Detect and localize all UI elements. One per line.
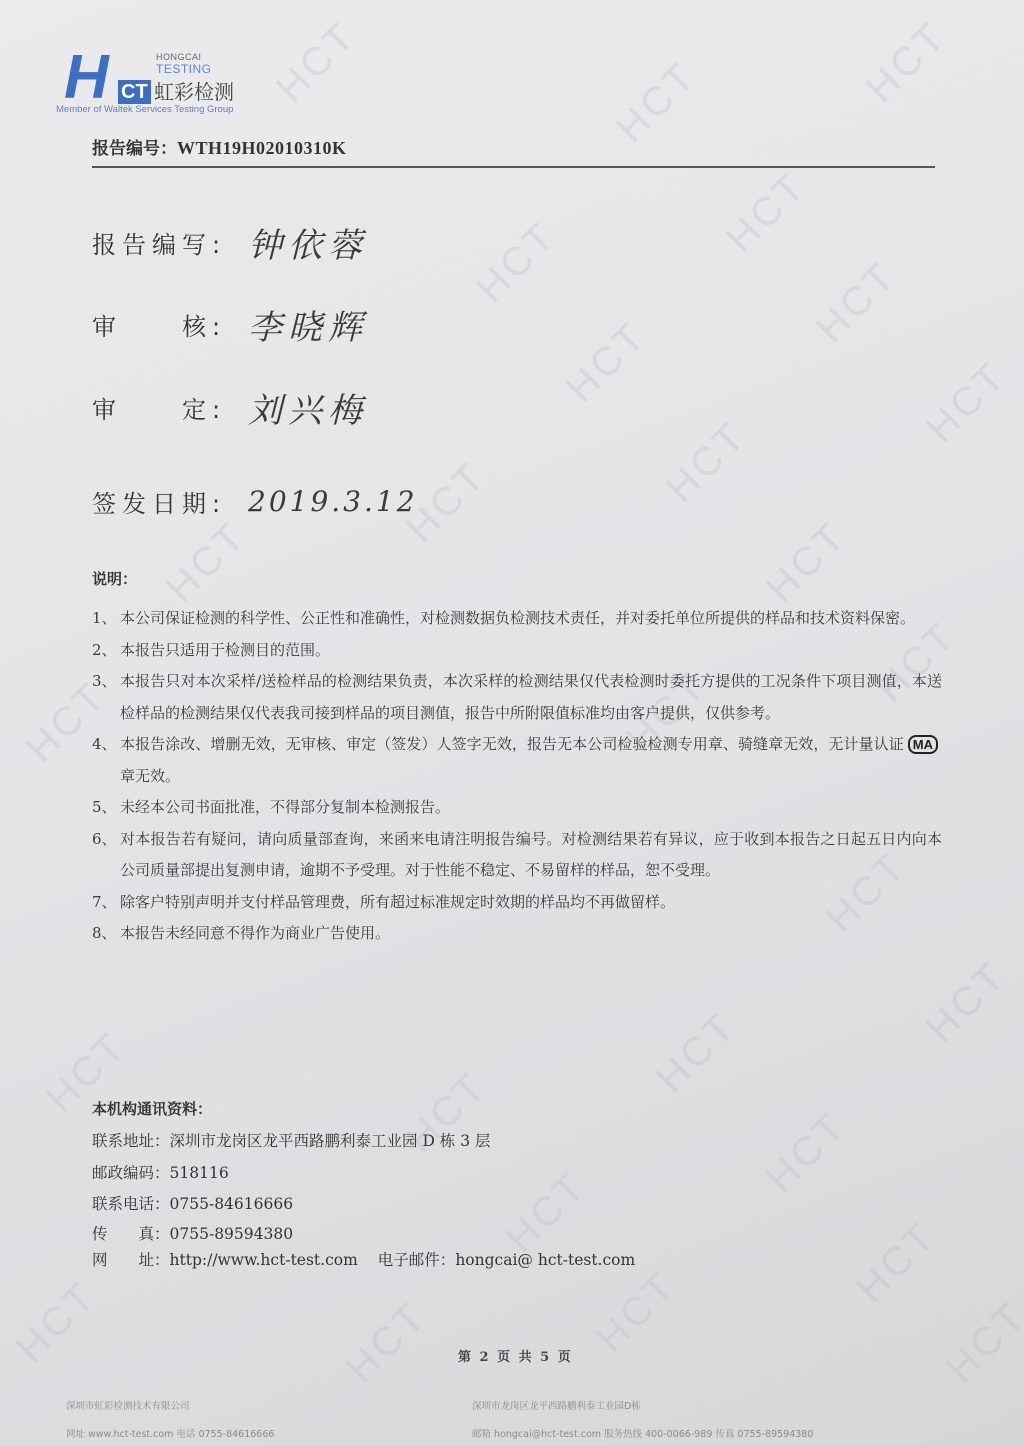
watermark: HCT [648,1003,746,1101]
note-text: 本公司保证检测的科学性、公正性和准确性，对检测数据负检测技术责任，并对委托单位所… [120,603,942,635]
fax-value: 0755-89594380 [170,1225,294,1243]
watermark: HCT [8,1273,106,1371]
note-number: 2、 [92,635,120,667]
note-text-before: 本报告涂改、增删无效，无审核、审定（签发）人签字无效，报告无本公司检验检测专用章… [120,735,904,753]
watermark: HCT [718,163,816,261]
note-item: 5、未经本公司书面批准，不得部分复制本检测报告。 [92,792,942,824]
watermark: HCT [848,1213,946,1311]
signature-label: 报告编写: [92,225,242,260]
signature-row-issue-date: 签发日期: 2019.3.12 [92,484,418,519]
contact-info: 联系地址：深圳市龙岗区龙平西路鹏利泰工业园 D 栋 3 层 邮政编码：51811… [92,1126,635,1273]
note-number: 4、 [92,729,120,792]
note-number: 5、 [92,792,120,824]
cma-certification-icon: MA [908,735,938,754]
note-number: 8、 [92,918,120,950]
watermark: HCT [658,413,756,511]
watermark: HCT [608,53,706,151]
note-text: 未经本公司书面批准，不得部分复制本检测报告。 [120,792,942,824]
notes-title: 说明： [92,568,137,589]
signature-label: 审 定: [92,390,242,425]
contact-title: 本机构通讯资料： [92,1098,212,1119]
watermark: HCT [558,313,656,411]
signature-row-reviewer: 审 核: 李晓辉 [92,300,368,349]
handwritten-signature: 李晓辉 [248,300,368,349]
logo-mark-sub: CT [118,80,151,104]
website-link: http://www.hct-test.com [170,1251,358,1269]
signature-label: 签发日期: [92,484,242,519]
logo-cn-name: 虹彩检测 [154,76,234,105]
report-number-value: WTH19H02010310K [177,138,347,158]
watermark: HCT [158,513,256,611]
note-number: 1、 [92,603,120,635]
note-item: 8、本报告未经同意不得作为商业广告使用。 [92,918,942,950]
watermark: HCT [758,1103,856,1201]
note-item: 2、本报告只适用于检测目的范围。 [92,635,942,667]
company-logo: H CT HONGCAI TESTING 虹彩检测 Member of Walt… [56,44,276,120]
watermark: HCT [758,513,856,611]
note-number: 6、 [92,824,120,887]
contact-web-email: 网 址：http://www.hct-test.com电子邮件：hongcai@… [92,1247,635,1273]
watermark: HCT [338,1293,436,1391]
header-divider [92,166,935,168]
note-item: 7、除客户特别声明并支付样品管理费，所有超过标准规定时效期的样品均不再做留样。 [92,887,942,919]
page-indicator: 第 2 页 共 5 页 [458,1346,573,1365]
note-item: 4、本报告涂改、增删无效，无审核、审定（签发）人签字无效，报告无本公司检验检测专… [92,729,942,792]
note-text: 本报告涂改、增删无效，无审核、审定（签发）人签字无效，报告无本公司检验检测专用章… [120,729,942,792]
watermark: HCT [588,1263,686,1361]
website-label: 网 址： [92,1247,170,1273]
email-label: 电子邮件： [378,1247,456,1273]
logo-member-text: Member of Waltek Services Testing Group [56,104,233,115]
address-label: 联系地址： [92,1126,170,1158]
footer-web-phone: 网址 www.hct-test.com 电话 0755-84616666 [66,1426,274,1440]
note-item: 6、对本报告若有疑问，请向质量部查询，来函来电请注明报告编号。对检测结果若有异议… [92,824,942,887]
note-text: 本报告未经同意不得作为商业广告使用。 [120,918,942,950]
postcode-label: 邮政编码： [92,1158,170,1190]
contact-fax: 传 真：0755-89594380 [92,1221,635,1247]
footer-company: 深圳市虹彩检测技术有限公司 [66,1398,190,1412]
note-item: 1、本公司保证检测的科学性、公正性和准确性，对检测数据负检测技术责任，并对委托单… [92,603,942,635]
footer-address: 深圳市龙岗区龙平西路鹏利泰工业园D栋 [472,1398,641,1412]
contact-postcode: 邮政编码：518116 [92,1158,635,1190]
report-number: 报告编号：WTH19H02010310K [92,134,347,159]
signature-label: 审 核: [92,307,242,342]
note-text-after: 章无效。 [120,767,180,785]
footer-email-hotline-fax: 邮箱 hongcai@hct-test.com 服务热线 400-0066-98… [472,1426,813,1440]
logo-mark: H [64,48,105,108]
note-item: 3、本报告只对本次采样/送检样品的检测结果负责，本次采样的检测结果仅代表检测时委… [92,666,942,729]
handwritten-date: 2019.3.12 [248,485,418,518]
note-number: 7、 [92,887,120,919]
contact-address: 联系地址：深圳市龙岗区龙平西路鹏利泰工业园 D 栋 3 层 [92,1126,635,1158]
phone-value: 0755-84616666 [170,1195,294,1213]
watermark: HCT [858,13,956,111]
note-text: 除客户特别声明并支付样品管理费，所有超过标准规定时效期的样品均不再做留样。 [120,887,942,919]
phone-label: 联系电话： [92,1189,170,1221]
watermark: HCT [468,213,566,311]
notes-list: 1、本公司保证检测的科学性、公正性和准确性，对检测数据负检测技术责任，并对委托单… [92,603,942,950]
watermark: HCT [918,953,1016,1051]
signature-row-approver: 审 定: 刘兴梅 [92,383,368,432]
watermark: HCT [268,13,366,111]
logo-en-line1: HONGCAI [156,52,202,62]
watermark: HCT [918,353,1016,451]
note-text: 本报告只适用于检测目的范围。 [120,635,942,667]
note-text: 对本报告若有疑问，请向质量部查询，来函来电请注明报告编号。对检测结果若有异议，应… [120,824,942,887]
postcode-value: 518116 [170,1164,229,1182]
note-number: 3、 [92,666,120,729]
watermark: HCT [808,253,906,351]
address-value: 深圳市龙岗区龙平西路鹏利泰工业园 D 栋 3 层 [170,1132,491,1150]
fax-label: 传 真： [92,1221,170,1247]
note-text: 本报告只对本次采样/送检样品的检测结果负责，本次采样的检测结果仅代表检测时委托方… [120,666,942,729]
contact-phone: 联系电话：0755-84616666 [92,1189,635,1221]
watermark: HCT [938,1293,1024,1391]
signature-row-author: 报告编写: 钟依蓉 [92,218,368,267]
handwritten-signature: 钟依蓉 [248,218,368,267]
email-value: hongcai@ hct-test.com [455,1251,635,1269]
logo-en-line2: TESTING [156,62,212,76]
report-number-label: 报告编号： [92,139,177,159]
handwritten-signature: 刘兴梅 [248,383,368,432]
